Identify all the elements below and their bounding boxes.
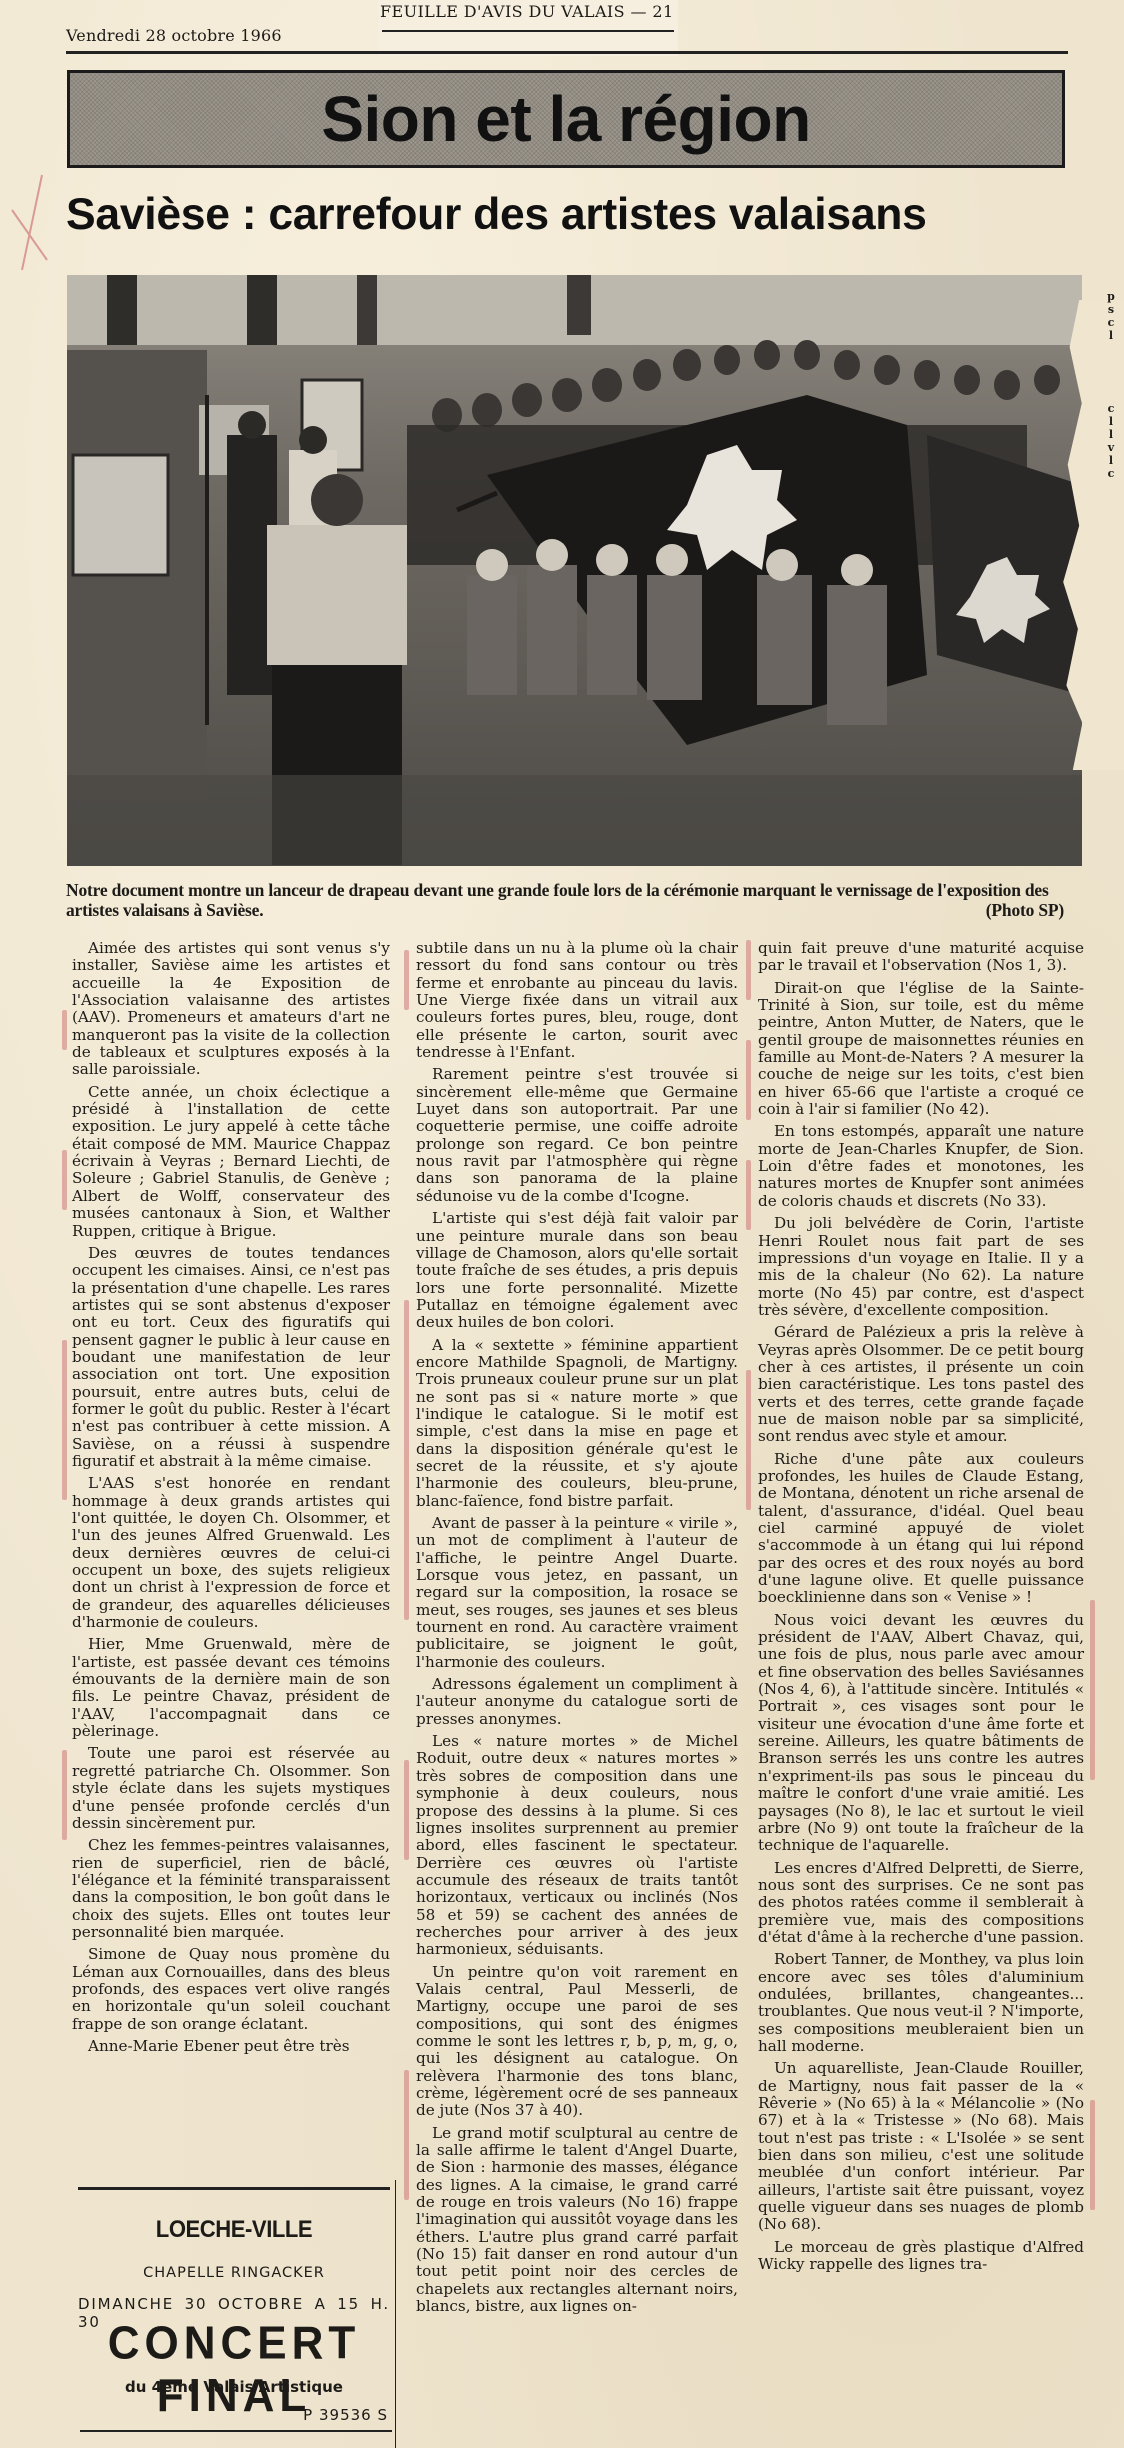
fragment-letter: s xyxy=(1104,303,1118,316)
fragment-letter: l xyxy=(1104,415,1118,428)
paragraph: Rarement peintre s'est trouvée si sincèr… xyxy=(416,1066,738,1205)
pencil-tick xyxy=(1090,2100,1095,2210)
ad-rule xyxy=(80,2430,392,2432)
paragraph: Un aquarelliste, Jean-Claude Rouiller, d… xyxy=(758,2060,1084,2233)
paragraph: Les « nature mortes » de Michel Roduit, … xyxy=(416,1733,738,1958)
article-headline: Savièse : carrefour des artistes valaisa… xyxy=(66,190,1076,240)
pencil-tick xyxy=(404,2070,409,2200)
pencil-tick xyxy=(62,1150,67,1210)
article-photo xyxy=(67,275,1082,866)
paragraph: Aimée des artistes qui sont venus s'y in… xyxy=(72,940,390,1079)
paragraph: A la « sextette » féminine appartient en… xyxy=(416,1337,738,1510)
issue-date: Vendredi 28 octobre 1966 xyxy=(66,26,282,45)
fragment-letter: c xyxy=(1104,402,1118,415)
paragraph: Simone de Quay nous promène du Léman aux… xyxy=(72,1946,390,2033)
ad-venue: CHAPELLE RINGACKER xyxy=(78,2265,390,2281)
adjacent-column-fragment: p s c l c l l v l c xyxy=(1104,290,1118,480)
photo-credit: (Photo SP) xyxy=(986,900,1064,920)
paragraph: Riche d'une pâte aux couleurs profondes,… xyxy=(758,1451,1084,1607)
pencil-tick xyxy=(746,1040,751,1120)
fragment-letter: v xyxy=(1104,441,1118,454)
paragraph: Toute une paroi est réservée au regretté… xyxy=(72,1745,390,1832)
pencil-tick xyxy=(62,1750,67,1840)
paragraph: Les encres d'Alfred Delpretti, de Sierre… xyxy=(758,1860,1084,1947)
masthead: FEUILLE D'AVIS DU VALAIS — 21 xyxy=(380,2,674,21)
article-column-3: quin fait preuve d'une maturité acquise … xyxy=(758,940,1084,2278)
paragraph: Du joli belvédère de Corin, l'artiste He… xyxy=(758,1215,1084,1319)
pencil-tick xyxy=(404,950,409,1010)
fragment-letter: l xyxy=(1104,329,1118,342)
paragraph: Anne-Marie Ebener peut être très xyxy=(72,2038,390,2055)
paragraph: Le grand motif sculptural au centre de l… xyxy=(416,2125,738,2316)
paragraph: Des œuvres de toutes tendances occupent … xyxy=(72,1245,390,1470)
pencil-tick xyxy=(404,1300,409,1620)
paragraph: Cette année, un choix éclectique a prési… xyxy=(72,1084,390,1240)
paragraph: Dirait-on que l'église de la Sainte-Trin… xyxy=(758,980,1084,1119)
section-banner: Sion et la région xyxy=(67,70,1065,168)
header-rule xyxy=(66,51,1068,54)
ad-rule xyxy=(78,2187,390,2190)
paragraph: Chez les femmes-peintres valaisannes, ri… xyxy=(72,1837,390,1941)
pencil-mark-icon xyxy=(2,170,62,280)
section-title: Sion et la région xyxy=(321,82,810,156)
article-column-2: subtile dans un nu à la plume où la chai… xyxy=(416,940,738,2320)
photo-image-icon xyxy=(67,275,1082,866)
paragraph: subtile dans un nu à la plume où la chai… xyxy=(416,940,738,1061)
caption-text: Notre document montre un lanceur de drap… xyxy=(66,880,1049,920)
fragment-letter: l xyxy=(1104,454,1118,467)
ad-reference: P 39536 S xyxy=(303,2406,388,2424)
fragment-letter: c xyxy=(1104,316,1118,329)
paragraph: Un peintre qu'on voit rarement en Valais… xyxy=(416,1964,738,2120)
paragraph: Gérard de Palézieux a pris la relève à V… xyxy=(758,1324,1084,1445)
fragment-letter: c xyxy=(1104,467,1118,480)
pencil-tick xyxy=(62,1340,67,1500)
paragraph: Le morceau de grès plastique d'Alfred Wi… xyxy=(758,2239,1084,2274)
fragment-letter: l xyxy=(1104,428,1118,441)
article-column-1: Aimée des artistes qui sont venus s'y in… xyxy=(72,940,390,2060)
paragraph: L'artiste qui s'est déjà fait valoir par… xyxy=(416,1210,738,1331)
paragraph: Nous voici devant les œuvres du présiden… xyxy=(758,1612,1084,1855)
ad-column-rule xyxy=(395,2180,396,2448)
paragraph: Hier, Mme Gruenwald, mère de l'artiste, … xyxy=(72,1636,390,1740)
fragment-gap xyxy=(1104,342,1118,402)
ad-subtitle: du 4ème Valais Artistique xyxy=(78,2378,390,2396)
paragraph: Adressons également un compliment à l'au… xyxy=(416,1676,738,1728)
paragraph: Robert Tanner, de Monthey, va plus loin … xyxy=(758,1951,1084,2055)
pencil-tick xyxy=(746,1160,751,1230)
pencil-tick xyxy=(404,1760,409,1860)
photo-caption: Notre document montre un lanceur de drap… xyxy=(66,880,1076,920)
pencil-tick xyxy=(1090,1600,1095,1780)
paragraph: L'AAS s'est honorée en rendant hommage à… xyxy=(72,1475,390,1631)
paragraph: quin fait preuve d'une maturité acquise … xyxy=(758,940,1084,975)
concert-advertisement: LOECHE-VILLE CHAPELLE RINGACKER DIMANCHE… xyxy=(78,2200,390,2400)
pencil-tick xyxy=(746,940,751,1000)
fragment-letter: p xyxy=(1104,290,1118,303)
ad-town: LOECHE-VILLE xyxy=(90,2216,377,2244)
paragraph: En tons estompés, apparaît une nature mo… xyxy=(758,1123,1084,1210)
pencil-tick xyxy=(62,1010,67,1050)
masthead-rule xyxy=(382,30,674,32)
pencil-tick xyxy=(746,1370,751,1510)
paragraph: Avant de passer à la peinture « virile »… xyxy=(416,1515,738,1671)
